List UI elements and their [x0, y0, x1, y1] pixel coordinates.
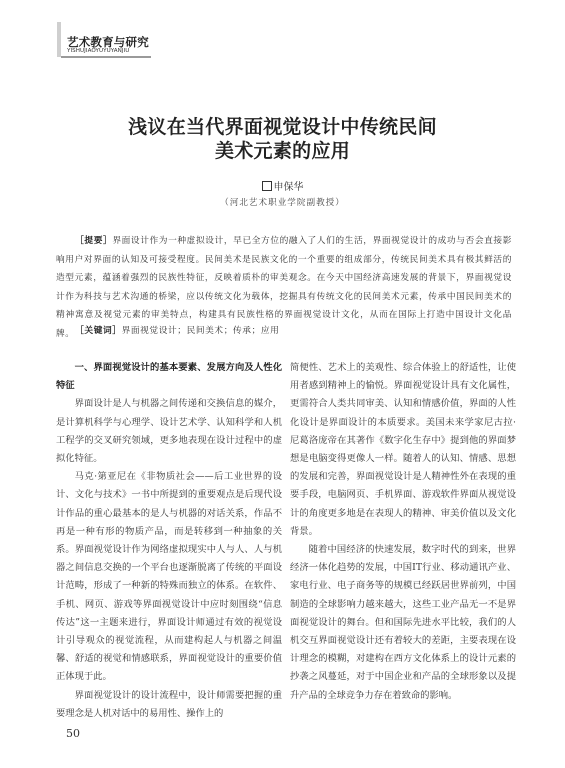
- body-right-column: 简便性、艺术上的美观性、综合体验上的舒适性，让使用者感到精神上的愉悦。界面视觉设…: [290, 359, 516, 705]
- paragraph: 界面设计是人与机器之间传递和交换信息的媒介，是计算机科学与心理学、设计艺术学、认…: [56, 395, 282, 468]
- journal-name-pinyin: YISHUJIAOYUYUYANJIU: [67, 48, 129, 54]
- article-title-line2: 美术元素的应用: [0, 136, 565, 163]
- body-left-column: 一、界面视觉设计的基本要素、发展方向及人性化特征 界面设计是人与机器之间传递和交…: [56, 359, 282, 723]
- keywords-text: 界面视觉设计；民间美术；传承；应用: [122, 326, 280, 336]
- author-affiliation: （河北艺术职业学院副教授）: [0, 196, 565, 208]
- paragraph: 马克·第亚尼在《非物质社会——后工业世界的设计、文化与技术》一书中所提到的重要观…: [56, 468, 282, 686]
- author-box-icon: [262, 181, 272, 191]
- article-title-line1: 浅议在当代界面视觉设计中传统民间: [0, 112, 565, 139]
- paragraph: 简便性、艺术上的美观性、综合体验上的舒适性，让使用者感到精神上的愉悦。界面视觉设…: [290, 359, 516, 541]
- keywords-label: ［关键词］: [75, 326, 121, 336]
- header-underline: [61, 56, 151, 58]
- page-number: 50: [66, 727, 80, 740]
- paragraph: 界面视觉设计的设计流程中，设计师需要把握的重要理念是人机对话中的易用性、操作上的: [56, 687, 282, 723]
- author-line: 申保华: [0, 178, 565, 193]
- abstract-label: ［提要］: [75, 236, 112, 246]
- section-heading: 一、界面视觉设计的基本要素、发展方向及人性化特征: [56, 359, 282, 395]
- header-accent-bar: [57, 22, 61, 57]
- paragraph: 随着中国经济的快速发展，数字时代的到来，世界经济一体化趋势的发展，中国IT行业、…: [290, 541, 516, 705]
- author-name: 申保华: [274, 182, 304, 193]
- journal-header: 艺术教育与研究 YISHUJIAOYUYUYANJIU: [57, 22, 150, 58]
- keywords: ［关键词］界面视觉设计；民间美术；传承；应用: [56, 324, 512, 336]
